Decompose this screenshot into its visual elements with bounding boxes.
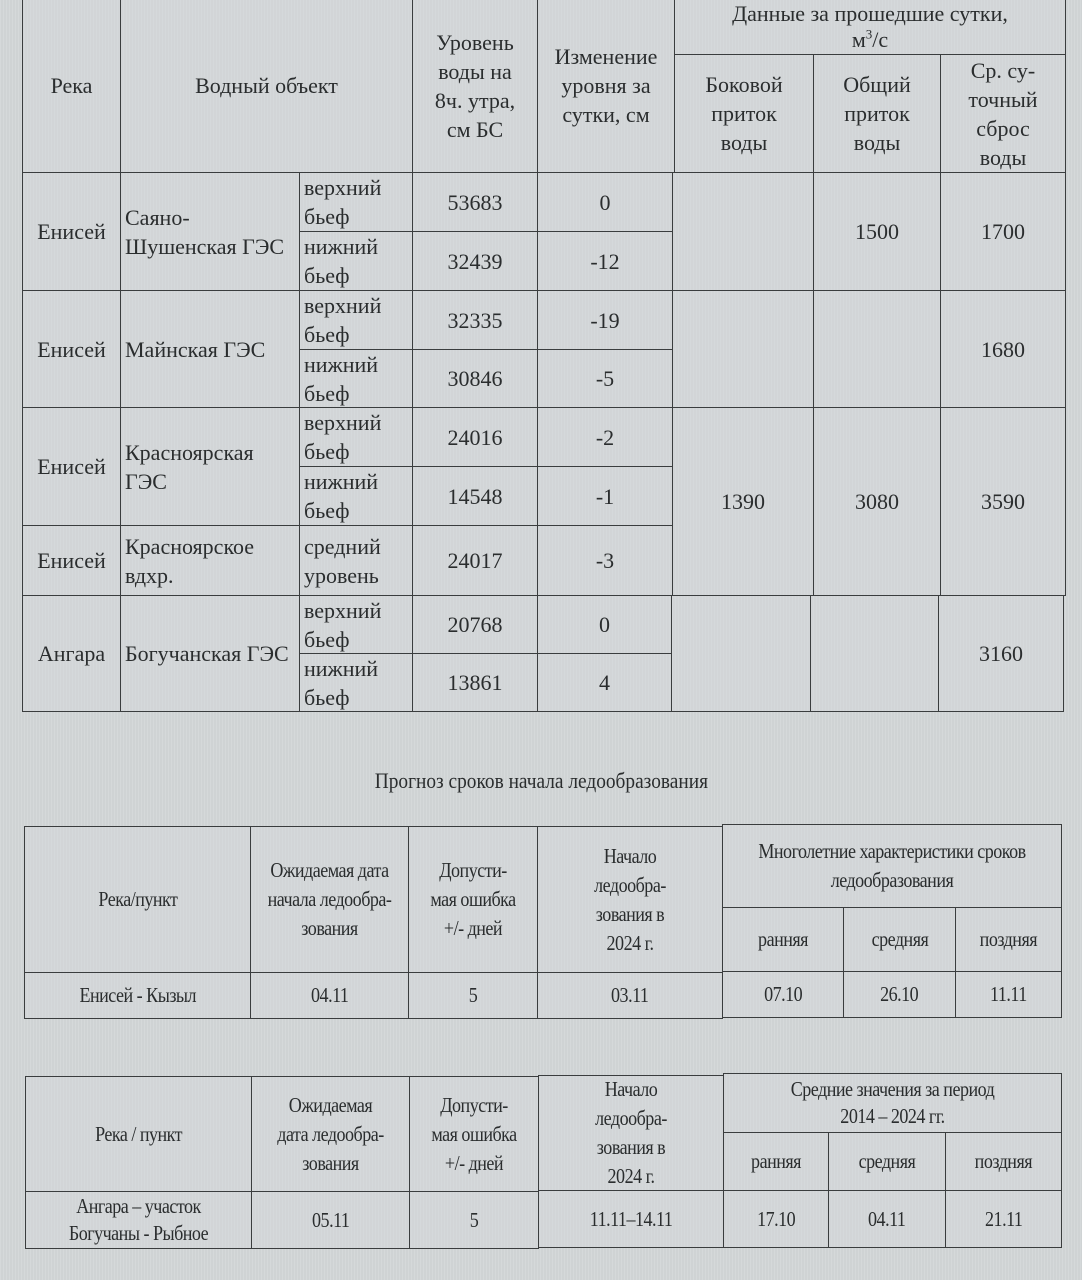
river-name: Енисей — [37, 452, 106, 481]
part-cell: верхний бьеф — [299, 172, 413, 232]
error-value: 5 — [469, 981, 478, 1010]
header-long-term-group-label: Многолетние характеристики сроков ледооб… — [752, 837, 1032, 895]
level-value: 24017 — [448, 546, 503, 575]
object-name: Красноярская ГЭС — [125, 438, 297, 496]
header-error-label: Допусти-мая ошибка +/- дней — [431, 1091, 517, 1178]
level-cell: 53683 — [412, 172, 538, 232]
error-value: 5 — [470, 1206, 479, 1235]
header-early-label: ранняя — [758, 925, 808, 954]
level-value: 24016 — [448, 423, 503, 452]
start-2024-value: 11.11–14.11 — [590, 1205, 673, 1234]
header-early: ранняя — [722, 907, 844, 972]
ice-forecast-title-text: Прогноз сроков начала ледообразования — [374, 768, 707, 794]
header-start-2024-label: Начало ледообра-зования в 2024 г. — [583, 1075, 679, 1191]
change-cell: -12 — [537, 231, 673, 291]
part-cell: нижний бьеф — [299, 349, 413, 408]
late-cell: 21.11 — [945, 1190, 1062, 1248]
expected-date-value: 05.11 — [312, 1206, 349, 1235]
point-cell: Ангара – участок Богучаны - Рыбное — [25, 1191, 252, 1249]
header-late-label: поздняя — [975, 1147, 1032, 1176]
river-cell: Енисей — [22, 172, 121, 291]
header-avg-discharge: Ср. су-точный сброс воды — [940, 54, 1066, 173]
avg-discharge-cell: 1700 — [940, 172, 1066, 291]
header-late: поздняя — [945, 1132, 1062, 1191]
level-value: 14548 — [448, 482, 503, 511]
part-cell: верхний бьеф — [299, 407, 413, 467]
late-value: 11.11 — [990, 980, 1027, 1009]
river-cell: Енисей — [22, 407, 121, 526]
header-start-2024-label: Начало ледообра-зования в 2024 г. — [582, 842, 678, 958]
river-name: Енисей — [37, 546, 106, 575]
ice-forecast-title: Прогноз сроков начала ледообразования — [0, 768, 1082, 794]
river-name: Ангара — [38, 639, 105, 668]
header-point: Река / пункт — [25, 1076, 252, 1192]
total-inflow-value: 3080 — [855, 487, 899, 516]
header-mean: средняя — [843, 907, 956, 972]
point-cell: Енисей - Кызыл — [24, 972, 251, 1019]
change-cell: 0 — [537, 595, 672, 654]
lateral-inflow-value: 1390 — [721, 487, 765, 516]
error-cell: 5 — [408, 972, 538, 1019]
expected-date-cell: 05.11 — [251, 1191, 410, 1249]
header-mean-values-group-label: Средние значения за период 2014 – 2024 г… — [773, 1076, 1011, 1130]
change-cell: 4 — [537, 653, 672, 712]
part-name: верхний бьеф — [304, 596, 410, 654]
start-2024-cell: 11.11–14.11 — [538, 1190, 724, 1248]
total-inflow-cell: 3080 — [813, 407, 941, 596]
level-value: 32335 — [448, 306, 503, 335]
expected-date-value: 04.11 — [311, 981, 348, 1010]
part-name: нижний бьеф — [304, 350, 410, 408]
header-expected-date: Ожидаемая дата начала ледообра-зования — [250, 826, 409, 973]
avg-discharge-value: 3590 — [981, 487, 1025, 516]
point-value: Ангара – участок Богучаны - Рыбное — [50, 1193, 226, 1247]
part-cell: средний уровень — [299, 525, 413, 596]
change-value: 0 — [599, 610, 610, 639]
header-long-term-group: Многолетние характеристики сроков ледооб… — [722, 824, 1062, 908]
late-value: 21.11 — [985, 1205, 1022, 1234]
level-cell: 20768 — [412, 595, 538, 654]
header-water-object-label: Водный объект — [195, 71, 338, 100]
header-past-day-unit: м3/с — [852, 27, 888, 53]
level-cell: 30846 — [412, 349, 538, 408]
change-cell: -2 — [537, 407, 673, 467]
header-total-inflow-label: Общий приток воды — [832, 70, 922, 157]
part-name: верхний бьеф — [304, 408, 410, 466]
part-cell: верхний бьеф — [299, 595, 413, 654]
object-name: Майнская ГЭС — [125, 335, 265, 364]
mean-value: 04.11 — [868, 1205, 905, 1234]
level-cell: 13861 — [412, 653, 538, 712]
header-avg-discharge-label: Ср. су-точный сброс воды — [963, 56, 1043, 172]
river-name: Енисей — [37, 335, 106, 364]
mean-value: 26.10 — [880, 980, 918, 1009]
level-cell: 24016 — [412, 407, 538, 467]
total-inflow-cell — [810, 595, 939, 712]
object-cell: Богучанская ГЭС — [120, 595, 300, 712]
total-inflow-cell: 1500 — [813, 172, 941, 291]
river-cell: Енисей — [22, 525, 121, 596]
header-early-label: ранняя — [751, 1147, 801, 1176]
level-value: 13861 — [448, 668, 503, 697]
header-start-2024: Начало ледообра-зования в 2024 г. — [538, 1075, 724, 1191]
error-cell: 5 — [409, 1191, 539, 1249]
header-river: Река — [22, 0, 121, 173]
header-lateral-inflow: Боковой приток воды — [674, 54, 814, 173]
header-mean: средняя — [828, 1132, 946, 1191]
header-past-day-group: Данные за прошедшие сутки, м3/с — [674, 0, 1066, 55]
lateral-inflow-cell — [672, 172, 814, 291]
expected-date-cell: 04.11 — [250, 972, 409, 1019]
object-name: Саяно-Шушенская ГЭС — [125, 203, 297, 261]
level-cell: 32439 — [412, 231, 538, 291]
change-cell: -19 — [537, 290, 673, 350]
unit-tail: /с — [872, 27, 888, 52]
lateral-inflow-cell — [672, 290, 814, 408]
part-name: средний уровень — [304, 532, 410, 590]
level-value: 20768 — [448, 610, 503, 639]
early-value: 17.10 — [757, 1205, 795, 1234]
part-name: нижний бьеф — [304, 232, 410, 290]
early-value: 07.10 — [764, 980, 802, 1009]
total-inflow-cell — [813, 290, 941, 408]
change-value: -5 — [596, 364, 614, 393]
change-value: 4 — [599, 668, 610, 697]
header-mean-label: средняя — [871, 925, 928, 954]
object-cell: Майнская ГЭС — [120, 290, 300, 408]
unit-base: м — [852, 27, 866, 52]
river-cell: Енисей — [22, 290, 121, 408]
header-point-label: Река / пункт — [95, 1120, 182, 1149]
header-late-label: поздняя — [980, 925, 1037, 954]
part-cell: нижний бьеф — [299, 653, 413, 712]
change-value: -19 — [590, 306, 619, 335]
avg-discharge-value: 1680 — [981, 335, 1025, 364]
header-late: поздняя — [955, 907, 1062, 972]
avg-discharge-cell: 3590 — [940, 407, 1066, 596]
header-point: Река/пункт — [24, 826, 251, 973]
part-name: верхний бьеф — [304, 173, 410, 231]
header-point-label: Река/пункт — [98, 885, 177, 914]
header-error: Допусти-мая ошибка +/- дней — [408, 826, 538, 973]
change-value: -1 — [596, 482, 614, 511]
change-cell: -1 — [537, 466, 673, 526]
part-name: нижний бьеф — [304, 467, 410, 525]
avg-discharge-cell: 3160 — [938, 595, 1064, 712]
change-cell: 0 — [537, 172, 673, 232]
change-cell: -5 — [537, 349, 673, 408]
late-cell: 11.11 — [955, 971, 1062, 1018]
header-mean-values-group: Средние значения за период 2014 – 2024 г… — [723, 1073, 1062, 1133]
change-value: -3 — [596, 546, 614, 575]
header-river-label: Река — [51, 71, 93, 100]
header-expected-date-label: Ожидаемая дата начала ледообра-зования — [264, 856, 396, 943]
total-inflow-value: 1500 — [855, 217, 899, 246]
object-name: Богучанская ГЭС — [125, 639, 289, 668]
point-value: Енисей - Кызыл — [79, 981, 196, 1010]
header-water-level: Уровень воды на 8ч. утра, см БС — [412, 0, 538, 173]
level-cell: 32335 — [412, 290, 538, 350]
header-water-object: Водный объект — [120, 0, 413, 173]
header-total-inflow: Общий приток воды — [813, 54, 941, 173]
avg-discharge-value: 1700 — [981, 217, 1025, 246]
start-2024-cell: 03.11 — [537, 972, 723, 1019]
avg-discharge-cell: 1680 — [940, 290, 1066, 408]
level-cell: 14548 — [412, 466, 538, 526]
header-early: ранняя — [723, 1132, 829, 1191]
river-name: Енисей — [37, 217, 106, 246]
object-cell: Красноярское вдхр. — [120, 525, 300, 596]
part-cell: нижний бьеф — [299, 231, 413, 291]
header-expected-date: Ожидаемая дата ледообра-зования — [251, 1076, 410, 1192]
object-cell: Красноярская ГЭС — [120, 407, 300, 526]
header-level-change-label: Изменение уровня за сутки, см — [548, 42, 664, 129]
header-water-level-label: Уровень воды на 8ч. утра, см БС — [427, 28, 523, 144]
change-cell: -3 — [537, 525, 673, 596]
header-error: Допусти-мая ошибка +/- дней — [409, 1076, 539, 1192]
change-value: -12 — [590, 247, 619, 276]
mean-cell: 26.10 — [843, 971, 956, 1018]
object-name: Красноярское вдхр. — [125, 532, 297, 590]
header-expected-date-label: Ожидаемая дата ледообра-зования — [272, 1091, 390, 1178]
river-cell: Ангара — [22, 595, 121, 712]
header-mean-label: средняя — [859, 1147, 916, 1176]
lateral-inflow-cell — [671, 595, 811, 712]
early-cell: 17.10 — [723, 1190, 829, 1248]
part-cell: нижний бьеф — [299, 466, 413, 526]
level-value: 53683 — [448, 188, 503, 217]
level-cell: 24017 — [412, 525, 538, 596]
header-error-label: Допусти-мая ошибка +/- дней — [430, 856, 516, 943]
part-name: верхний бьеф — [304, 291, 410, 349]
start-2024-value: 03.11 — [611, 981, 648, 1010]
object-cell: Саяно-Шушенская ГЭС — [120, 172, 300, 291]
lateral-inflow-cell: 1390 — [672, 407, 814, 596]
header-past-day-label: Данные за прошедшие сутки, — [732, 1, 1008, 27]
header-level-change: Изменение уровня за сутки, см — [537, 0, 675, 173]
early-cell: 07.10 — [722, 971, 844, 1018]
header-lateral-inflow-label: Боковой приток воды — [695, 70, 793, 157]
change-value: -2 — [596, 423, 614, 452]
level-value: 30846 — [448, 364, 503, 393]
part-name: нижний бьеф — [304, 654, 410, 712]
part-cell: верхний бьеф — [299, 290, 413, 350]
level-value: 32439 — [448, 247, 503, 276]
mean-cell: 04.11 — [828, 1190, 946, 1248]
avg-discharge-value: 3160 — [979, 639, 1023, 668]
change-value: 0 — [600, 188, 611, 217]
header-start-2024: Начало ледообра-зования в 2024 г. — [537, 826, 723, 973]
